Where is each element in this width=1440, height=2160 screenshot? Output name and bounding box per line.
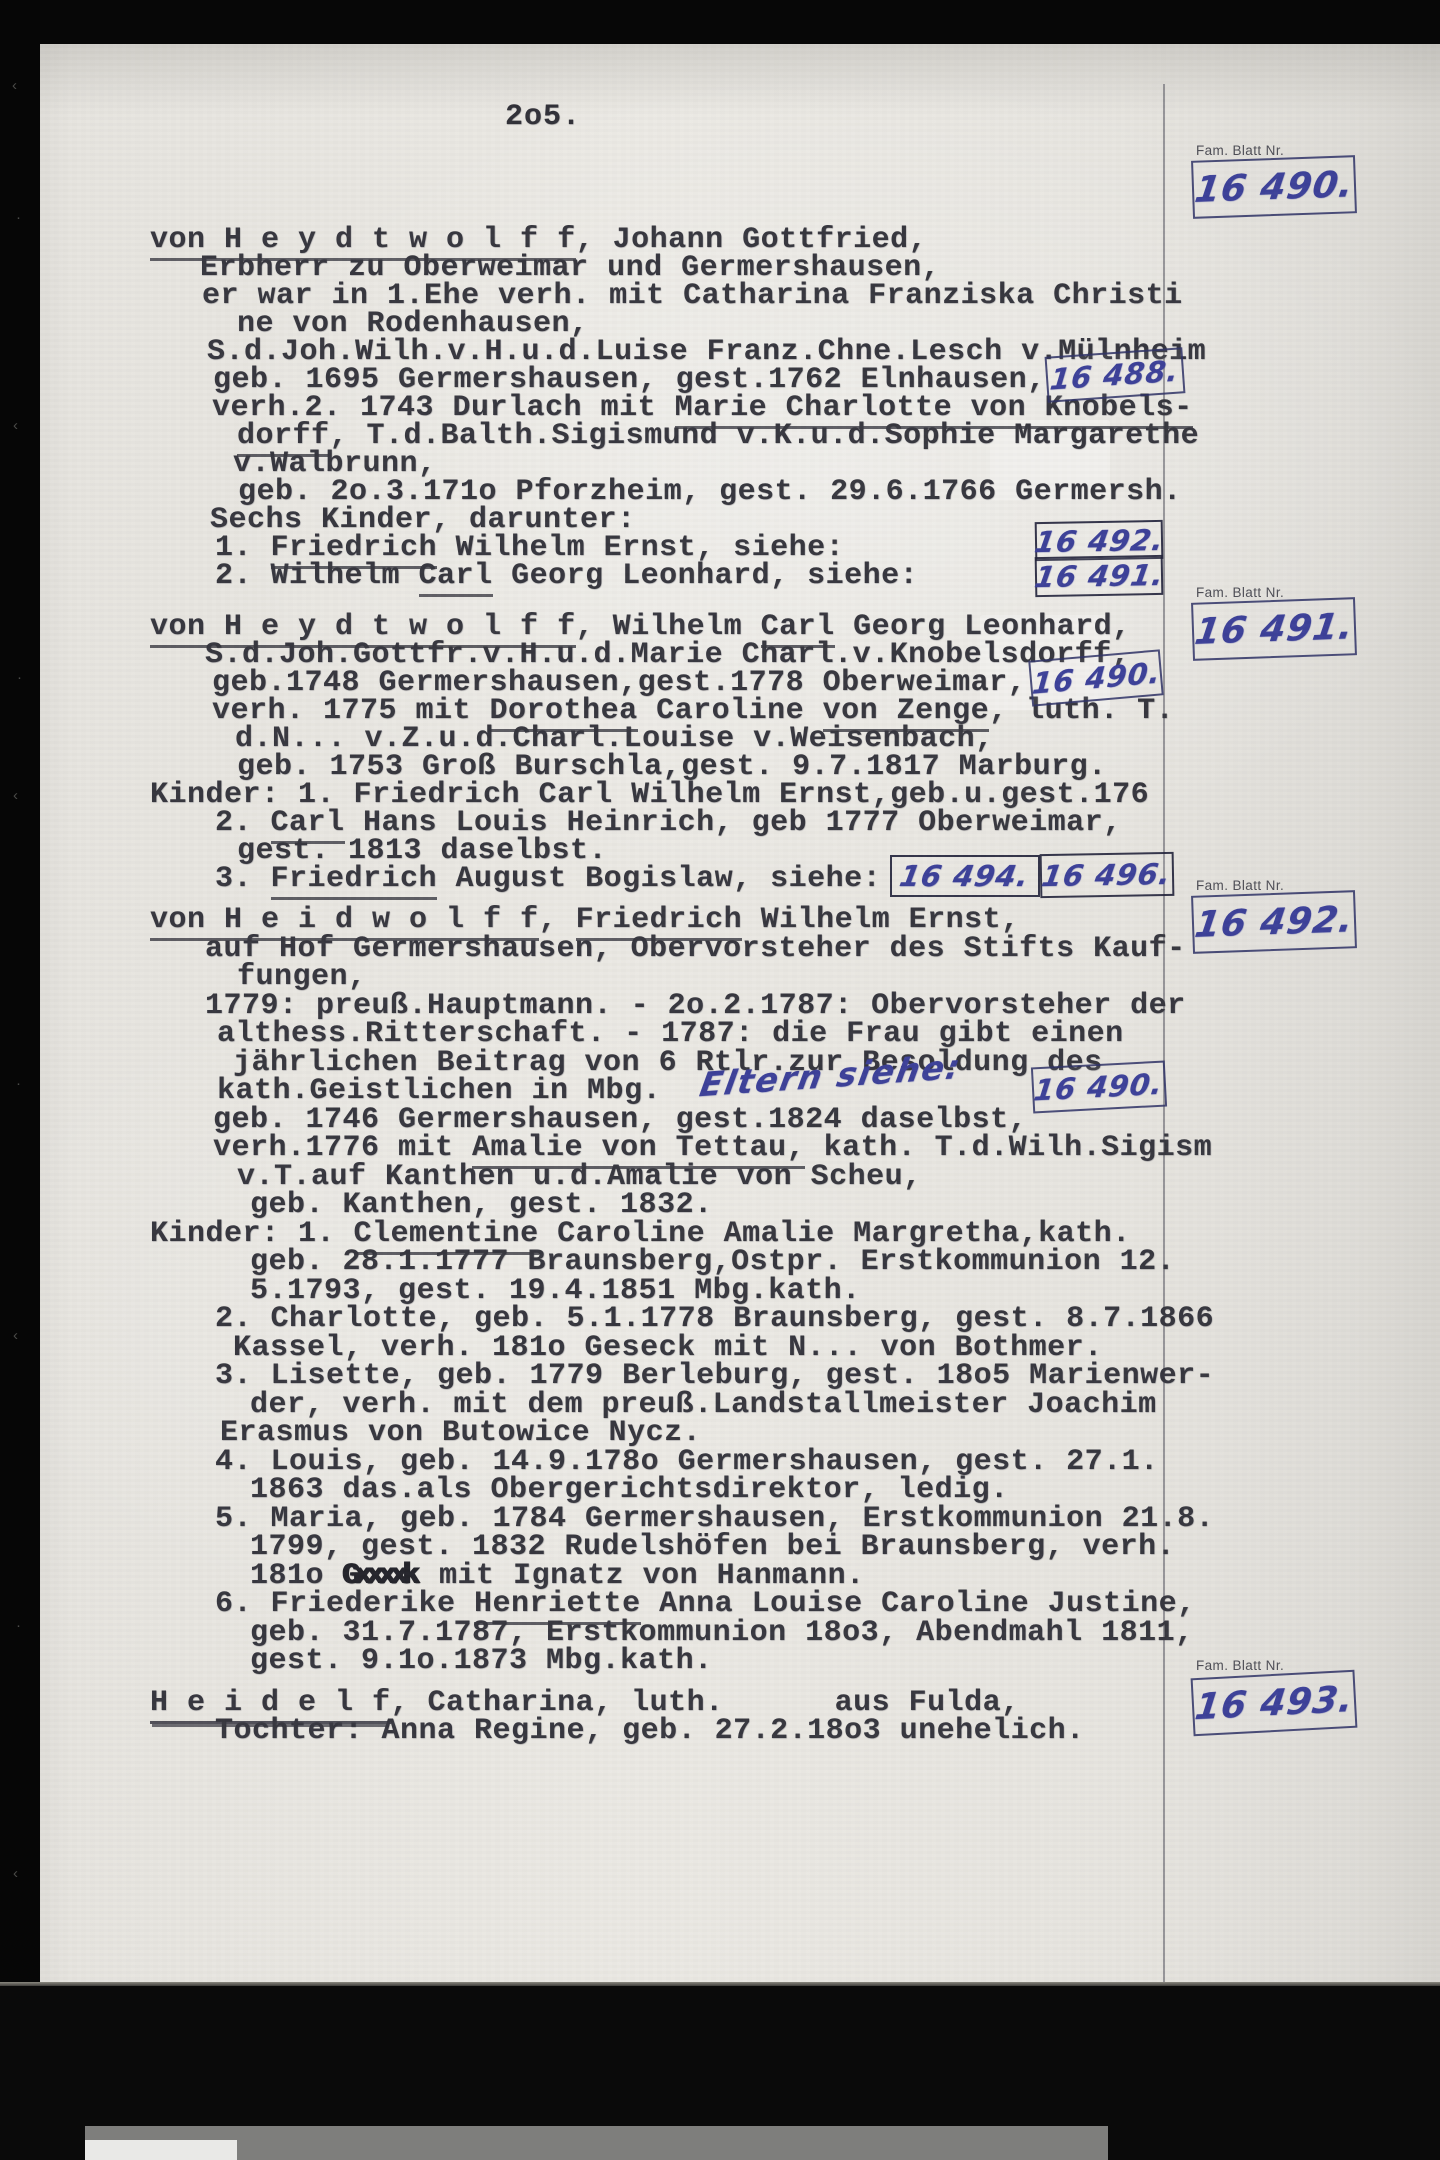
punch-mark: ·: [16, 212, 30, 224]
text-segment: 2. Wilhelm: [215, 559, 419, 593]
text-line: kath.Geistlichen in Mbg.: [217, 1076, 661, 1106]
scanner-tray-strip: [85, 2126, 1108, 2160]
punch-mark: ‹: [13, 790, 27, 802]
handwritten-number: 16 490.: [1030, 655, 1162, 701]
reference-number-box: 16 496.: [1040, 852, 1175, 898]
handwritten-number: 16 494.: [897, 859, 1032, 893]
text-line: 3. Friedrich August Bogislaw, siehe:: [215, 864, 881, 894]
handwritten-number: 16 492.: [1192, 899, 1356, 946]
scanner-tray-highlight: [85, 2140, 237, 2160]
text-segment: , T.d.Balth.Sigismund v.K.u.d.Sophie Mar…: [330, 419, 1200, 453]
text-line: 2. Charlotte, geb. 5.1.1778 Braunsberg, …: [215, 1304, 1214, 1334]
handwritten-number: 16 490.: [1032, 1066, 1165, 1107]
fam-blatt-nr-box: 16 490.: [1191, 155, 1357, 219]
text-line: 1799, gest. 1832 Rudelshöfen bei Braunsb…: [250, 1532, 1175, 1562]
text-line: althess.Ritterschaft. - 1787: die Frau g…: [217, 1019, 1124, 1049]
handwritten-number: 16 491.: [1032, 558, 1166, 594]
text-line: Tochter: Anna Regine, geb. 27.2.18o3 une…: [215, 1716, 1085, 1746]
text-segment: Tochter: Anna Regine, geb. 27.2.18o3 une…: [215, 1714, 1085, 1748]
page-number: 2o5.: [505, 100, 581, 134]
punch-mark: ‹: [13, 420, 27, 432]
text-line: gest. 9.1o.1873 Mbg.kath.: [250, 1646, 713, 1676]
reference-number-box: 16 494.: [890, 855, 1040, 897]
text-line: 2. Wilhelm Carl Georg Leonhard, siehe:: [215, 561, 918, 591]
handwritten-number: 16 490.: [1192, 164, 1356, 211]
reference-number-box: 16 490.: [1031, 1061, 1167, 1114]
punch-mark: ·: [16, 1620, 30, 1632]
text-line: verh.1776 mit Amalie von Tettau, kath. T…: [213, 1133, 1212, 1163]
scan-border-left: ‹ · ‹ · ‹ · ‹ · ‹: [0, 0, 40, 2160]
handwritten-number: 16 492.: [1032, 522, 1166, 558]
punch-mark: ‹: [13, 1868, 27, 1880]
text-segment: Georg Leonhard, siehe:: [493, 559, 919, 593]
text-line: fungen,: [237, 962, 367, 992]
punch-mark: ‹: [13, 1330, 27, 1342]
fam-blatt-nr-box: 16 492.: [1191, 890, 1357, 954]
punch-mark: ·: [16, 1078, 30, 1090]
fam-blatt-nr-label: Fam. Blatt Nr.: [1196, 143, 1284, 158]
fam-blatt-nr-box: 16 493.: [1191, 1670, 1358, 1737]
handwritten-number: 16 491.: [1192, 606, 1356, 653]
scanned-document-page: 2o5. von H e y d t w o l f f, Johann Got…: [0, 0, 1440, 2160]
text-line: Erasmus von Butowice Nycz.: [220, 1418, 701, 1448]
handwritten-number: 16 496.: [1040, 857, 1174, 893]
text-line: geb. 28.1.1777 Braunsberg,Ostpr. Erstkom…: [250, 1247, 1175, 1277]
reference-number-box: 16 488.: [1045, 347, 1186, 403]
underlined-text: Carl: [419, 559, 493, 597]
text-line: 6. Friederike Henriette Anna Louise Caro…: [215, 1589, 1196, 1619]
handwritten-number: 16 488.: [1049, 353, 1181, 396]
punch-mark: ‹: [12, 80, 26, 92]
punch-mark: ·: [17, 672, 31, 684]
fam-blatt-nr-label: Fam. Blatt Nr.: [1196, 585, 1284, 600]
text-line: 1863 das.als Obergerichtsdirektor, ledig…: [250, 1475, 1009, 1505]
reference-number-box: 16 491.: [1035, 555, 1164, 597]
text-line: von H e i d w o l f f, Friedrich Wilhelm…: [150, 905, 1020, 935]
paper-top-shading: [0, 44, 1440, 114]
text-segment: August Bogislaw, siehe:: [437, 862, 881, 896]
handwritten-number: 16 493.: [1192, 1678, 1355, 1728]
text-line: 3. Lisette, geb. 1779 Berleburg, gest. 1…: [215, 1361, 1214, 1391]
underlined-text: Friedrich: [271, 862, 438, 900]
text-segment: gest. 9.1o.1873 Mbg.kath.: [250, 1644, 713, 1678]
text-segment: 3.: [215, 862, 271, 896]
scan-border-top: [0, 0, 1440, 44]
fam-blatt-nr-label: Fam. Blatt Nr.: [1196, 878, 1284, 893]
fam-blatt-nr-label: Fam. Blatt Nr.: [1196, 1658, 1284, 1673]
text-line: geb. Kanthen, gest. 1832.: [250, 1190, 713, 1220]
fam-blatt-nr-box: 16 491.: [1191, 597, 1357, 661]
